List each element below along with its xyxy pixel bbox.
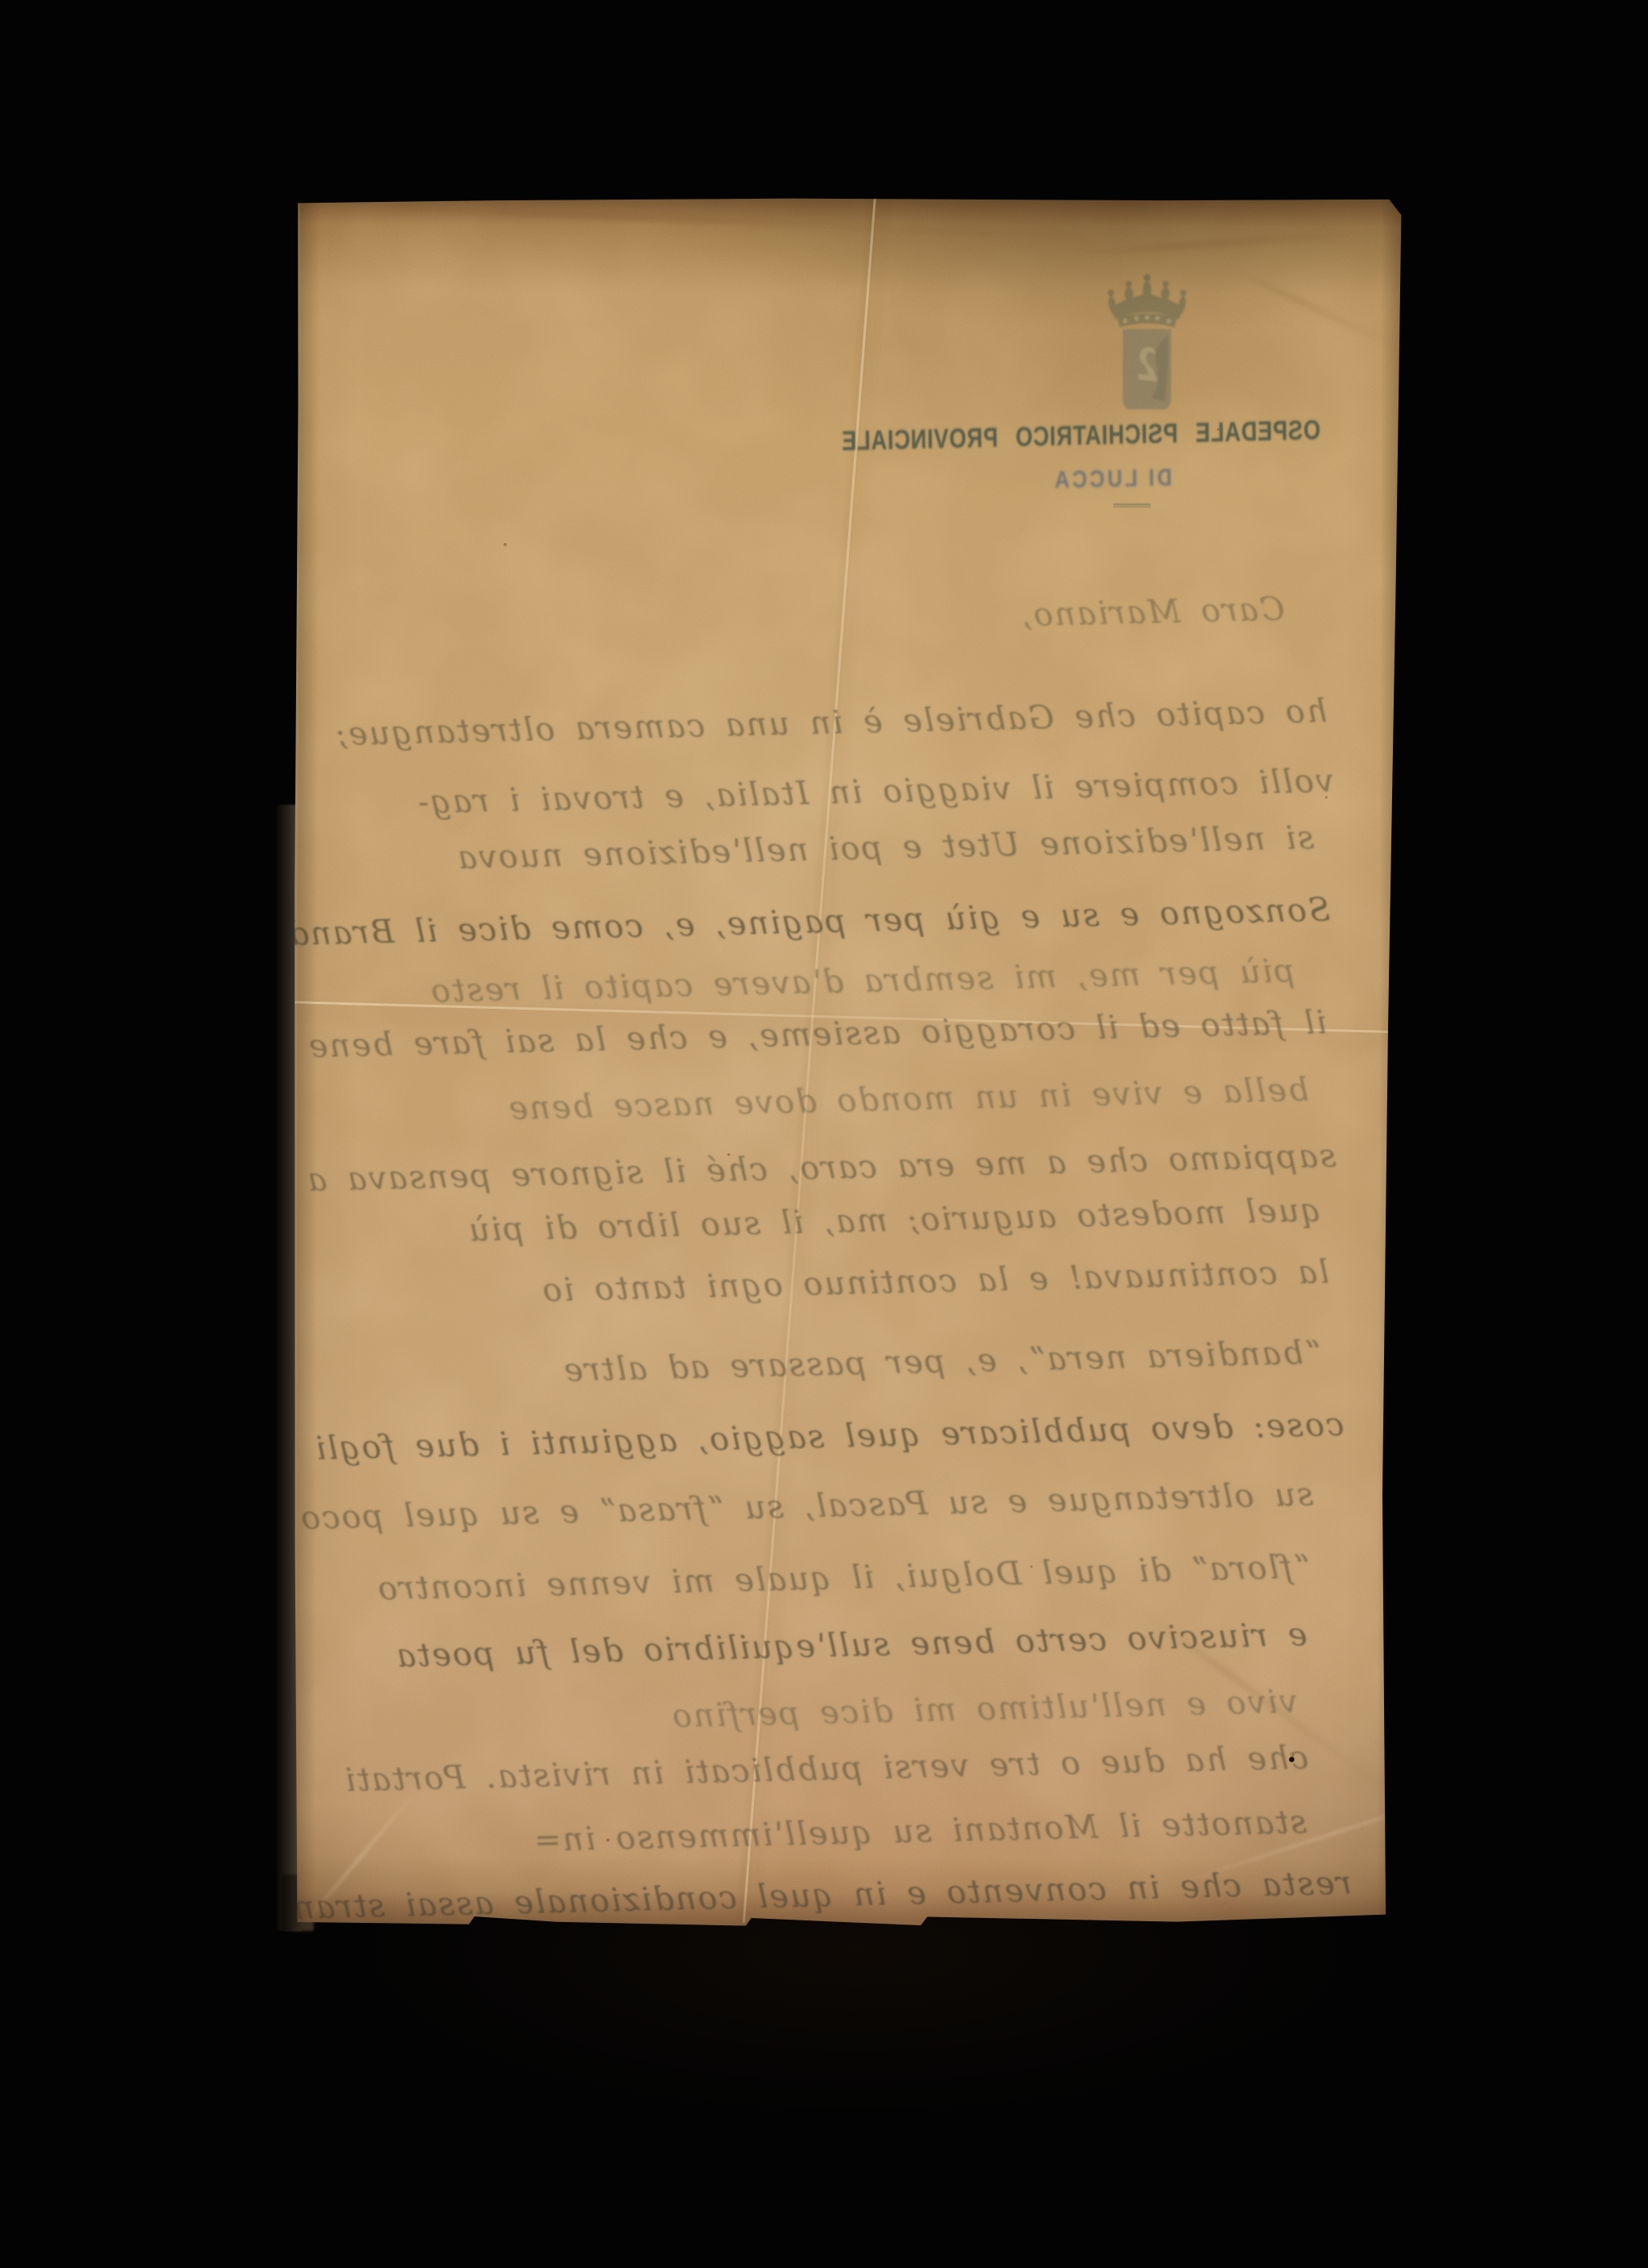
handwriting-line: si nell'edizione Utet e poi nell'edizion… (278, 819, 1336, 881)
pinhole-mark (1289, 1756, 1295, 1762)
handwriting-line: resta che in convento e in quel condizio… (315, 1865, 1361, 1927)
top-wrinkle (368, 206, 1156, 241)
handwriting-line: il fatto ed il coraggio assieme, e che l… (290, 1004, 1340, 1066)
handwriting-line: volli compiere il viaggio in Italia, e t… (297, 763, 1334, 824)
paper-speck (606, 1838, 609, 1842)
paper-speck (504, 543, 507, 546)
handwriting-line: “bandiera nera”, e, per passare ad altre (285, 1334, 1348, 1396)
handwriting-line: la continuava! e la continuo ogni tanto … (293, 1253, 1346, 1315)
handwriting-line: su oltretangue e su Pascal, su “frasa” e… (277, 1476, 1351, 1537)
letterhead-rule (1114, 503, 1151, 508)
paper-speck (1217, 428, 1219, 430)
handwriting-block: Caro Mariano, ho capito che Gabriele è i… (293, 583, 1361, 1943)
handwriting-line: vivo e nell'ultimo mi dice perfino (261, 1682, 1356, 1745)
letter-sheet: OSPEDALE PSICHIATRICO PROVINCIALE DI LUC… (290, 196, 1403, 1928)
handwriting-line: stanotte il Montani su quell'immenso in= (270, 1803, 1359, 1866)
handwriting-line: “flora” di quel Dolgui, il quale mi venn… (274, 1548, 1353, 1611)
letterhead-city: DI LUCCA (1030, 464, 1195, 500)
handwriting-line: che ha due o tre versi pubblicati in riv… (272, 1739, 1358, 1801)
paper-speck (1325, 796, 1328, 799)
letterhead-institution-name: OSPEDALE PSICHIATRICO PROVINCIALE (960, 415, 1321, 466)
handwriting-line: Sonzogno e su e giù per pagine, e, come … (294, 891, 1337, 953)
handwriting-line: quel modesto augurio; ma, il suo libro d… (285, 1192, 1345, 1253)
top-right-wrinkle (1068, 229, 1413, 255)
handwriting-line: bella e vive in un mondo dove nasce bene (272, 1071, 1341, 1133)
handwriting-salutation: Caro Mariano, (248, 590, 1330, 652)
hospital-crest-icon (1098, 271, 1195, 410)
paper-speck (1030, 1566, 1032, 1568)
paper-speck (727, 1154, 731, 1156)
handwriting-line: cose: devo pubblicare quel saggio, aggiu… (307, 1406, 1349, 1467)
handwriting-line: e riuscivo certo bene sull'equilibrio de… (270, 1616, 1354, 1678)
scanned-letter-photo: OSPEDALE PSICHIATRICO PROVINCIALE DI LUC… (0, 0, 1648, 2268)
handwriting-line: ho capito che Gabriele è in una camera o… (290, 693, 1333, 754)
right-edge-wrinkle (1230, 267, 1420, 358)
handwriting-line: più per me, mi sembra d'avere capito il … (258, 952, 1339, 1015)
handwriting-line: sappiamo che a me era caro, ché il signo… (299, 1138, 1343, 1200)
